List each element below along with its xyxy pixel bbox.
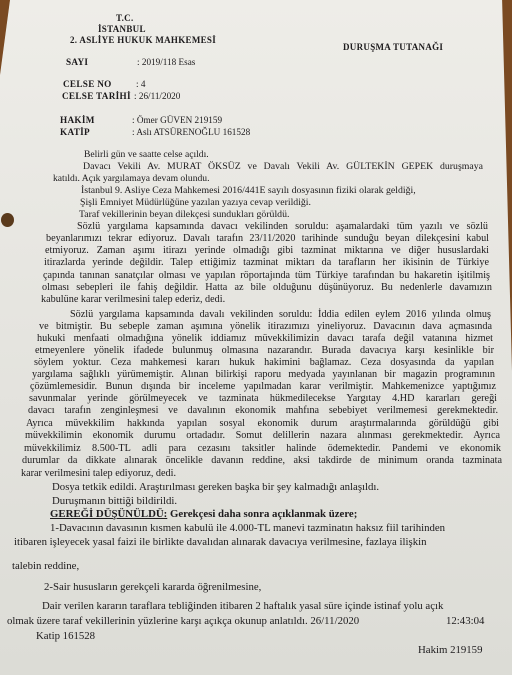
katip-label: KATİP — [60, 126, 90, 138]
petitions-line: Taraf vekillerinin beyan dilekçesi sundu… — [79, 209, 289, 221]
decision-line: Dair verilen kararın taraflara tebliğind… — [42, 600, 443, 612]
decision-line: talebin reddine, — [12, 560, 79, 572]
defendant-line: Ayrıca müvekkilim hakkında yapılan sosya… — [26, 418, 499, 430]
session-opened-line: Belirli gün ve saatte celse açıldı. — [84, 149, 209, 161]
sayi-value: : 2019/118 Esas — [137, 56, 195, 68]
plaintiff-line: itirazlarda yerinde değildir. Talep etti… — [44, 257, 489, 269]
defendant-line: etmeyenlere yönelik ifadede bulunmuş olm… — [35, 345, 494, 357]
table-background-left — [0, 0, 10, 75]
police-reply-line: Şişli Emniyet Müdürlüğüne yazılan yazıya… — [80, 197, 311, 209]
file-examined-line: Dosya tetkik edildi. Araştırılması gerek… — [52, 481, 379, 493]
celse-tarihi-value: : 26/11/2020 — [134, 90, 180, 102]
defendant-line: çözümlemesidir. Bunun dışında bir incele… — [30, 381, 496, 393]
hakim-label: HAKİM — [60, 114, 95, 126]
celse-no-label: CELSE NO — [63, 78, 112, 90]
decision-line: itibaren işleyecek yasal faizi ile birli… — [14, 536, 427, 548]
defendant-line: Sözlü yargılama kapsamında davalı vekili… — [70, 309, 491, 321]
attendance-line: Davacı Vekili Av. MURAT ÖKSÜZ ve Davalı … — [83, 161, 483, 173]
plaintiff-line: olması sebepleri ile fahiş değildir. Hat… — [42, 282, 492, 294]
plaintiff-line: etmiyoruz. Zaman aşımı itirazı yerinde o… — [45, 245, 489, 257]
katip-value: : Aslı ATSÜRENOĞLU 161528 — [132, 126, 250, 138]
defendant-line: davacı tarafın zenginleşmesi ve davalını… — [28, 405, 498, 417]
attendance-line-cont: katıldı. Açık yargılamaya devam olundu. — [53, 173, 209, 185]
defendant-line: yargılama sağlıklı yürümemiştir. Alınan … — [32, 369, 495, 381]
header-court: 2. ASLİYE HUKUK MAHKEMESİ — [70, 34, 216, 46]
celse-no-value: : 4 — [136, 78, 145, 90]
sayi-label: SAYI — [66, 56, 88, 68]
decision-heading-rest: Gerekçesi daha sonra açıklanmak üzere; — [167, 508, 357, 520]
decision-line: 1-Davacının davasının kısmen kabulü ile … — [50, 522, 445, 534]
celse-tarihi-label: CELSE TARİHİ — [62, 90, 131, 102]
plaintiff-line: kabulüne karar verilmesini talep ederiz,… — [41, 294, 225, 306]
file-arrived-line: İstanbul 9. Asliye Ceza Mahkemesi 2016/4… — [81, 185, 416, 197]
time-stamp: 12:43:04 — [446, 615, 484, 627]
hakim-value: : Ömer GÜVEN 219159 — [132, 114, 222, 126]
defendant-line: müvekkilimin ekonomik durumu ortadadır. … — [25, 430, 500, 442]
document-title: DURUŞMA TUTANAĞI — [343, 41, 443, 53]
defendant-line: hukuki menfaati olmadığına yönelik iddia… — [37, 333, 493, 345]
defendant-line: ve bitmiştir. Bu sebeple zaman aşımına y… — [39, 321, 492, 333]
plaintiff-line: beyanlarımızı tekrar ediyoruz. Davalı ta… — [46, 233, 489, 245]
clerk-signature: Katip 161528 — [36, 630, 95, 642]
defendant-line: söylem yoktur. Ceza mahkemesi kararı huk… — [34, 357, 494, 369]
defendant-line: karar verilmesini talep ediyoruz, dedi. — [21, 468, 176, 480]
hole-punch-mark — [1, 213, 14, 227]
defendant-line: savunmalar yerinde görülmeyecek ve tazmi… — [29, 393, 497, 405]
defendant-line: müvekkilimiz 8.500-TL adli para cezasını… — [24, 443, 501, 455]
decision-heading: GEREĞİ DÜŞÜNÜLDÜ: Gerekçesi daha sonra a… — [50, 508, 357, 520]
judge-signature: Hakim 219159 — [418, 644, 482, 656]
hearing-ended-line: Duruşmanın bittiği bildirildi. — [52, 495, 177, 507]
decision-heading-title: GEREĞİ DÜŞÜNÜLDÜ: — [50, 508, 167, 520]
decision-line: olmak üzere taraf vekillerinin yüzlerine… — [7, 615, 359, 627]
decision-item-2: 2-Sair hususların gerekçeli kararda öğre… — [44, 581, 261, 593]
plaintiff-line: Sözlü yargılama kapsamında davacı vekili… — [77, 221, 488, 233]
defendant-line: durumlar da dikkate alınarak öncelikle d… — [22, 455, 502, 467]
plaintiff-line: çapında tanınan sanatçılar olması ve yap… — [43, 270, 490, 282]
